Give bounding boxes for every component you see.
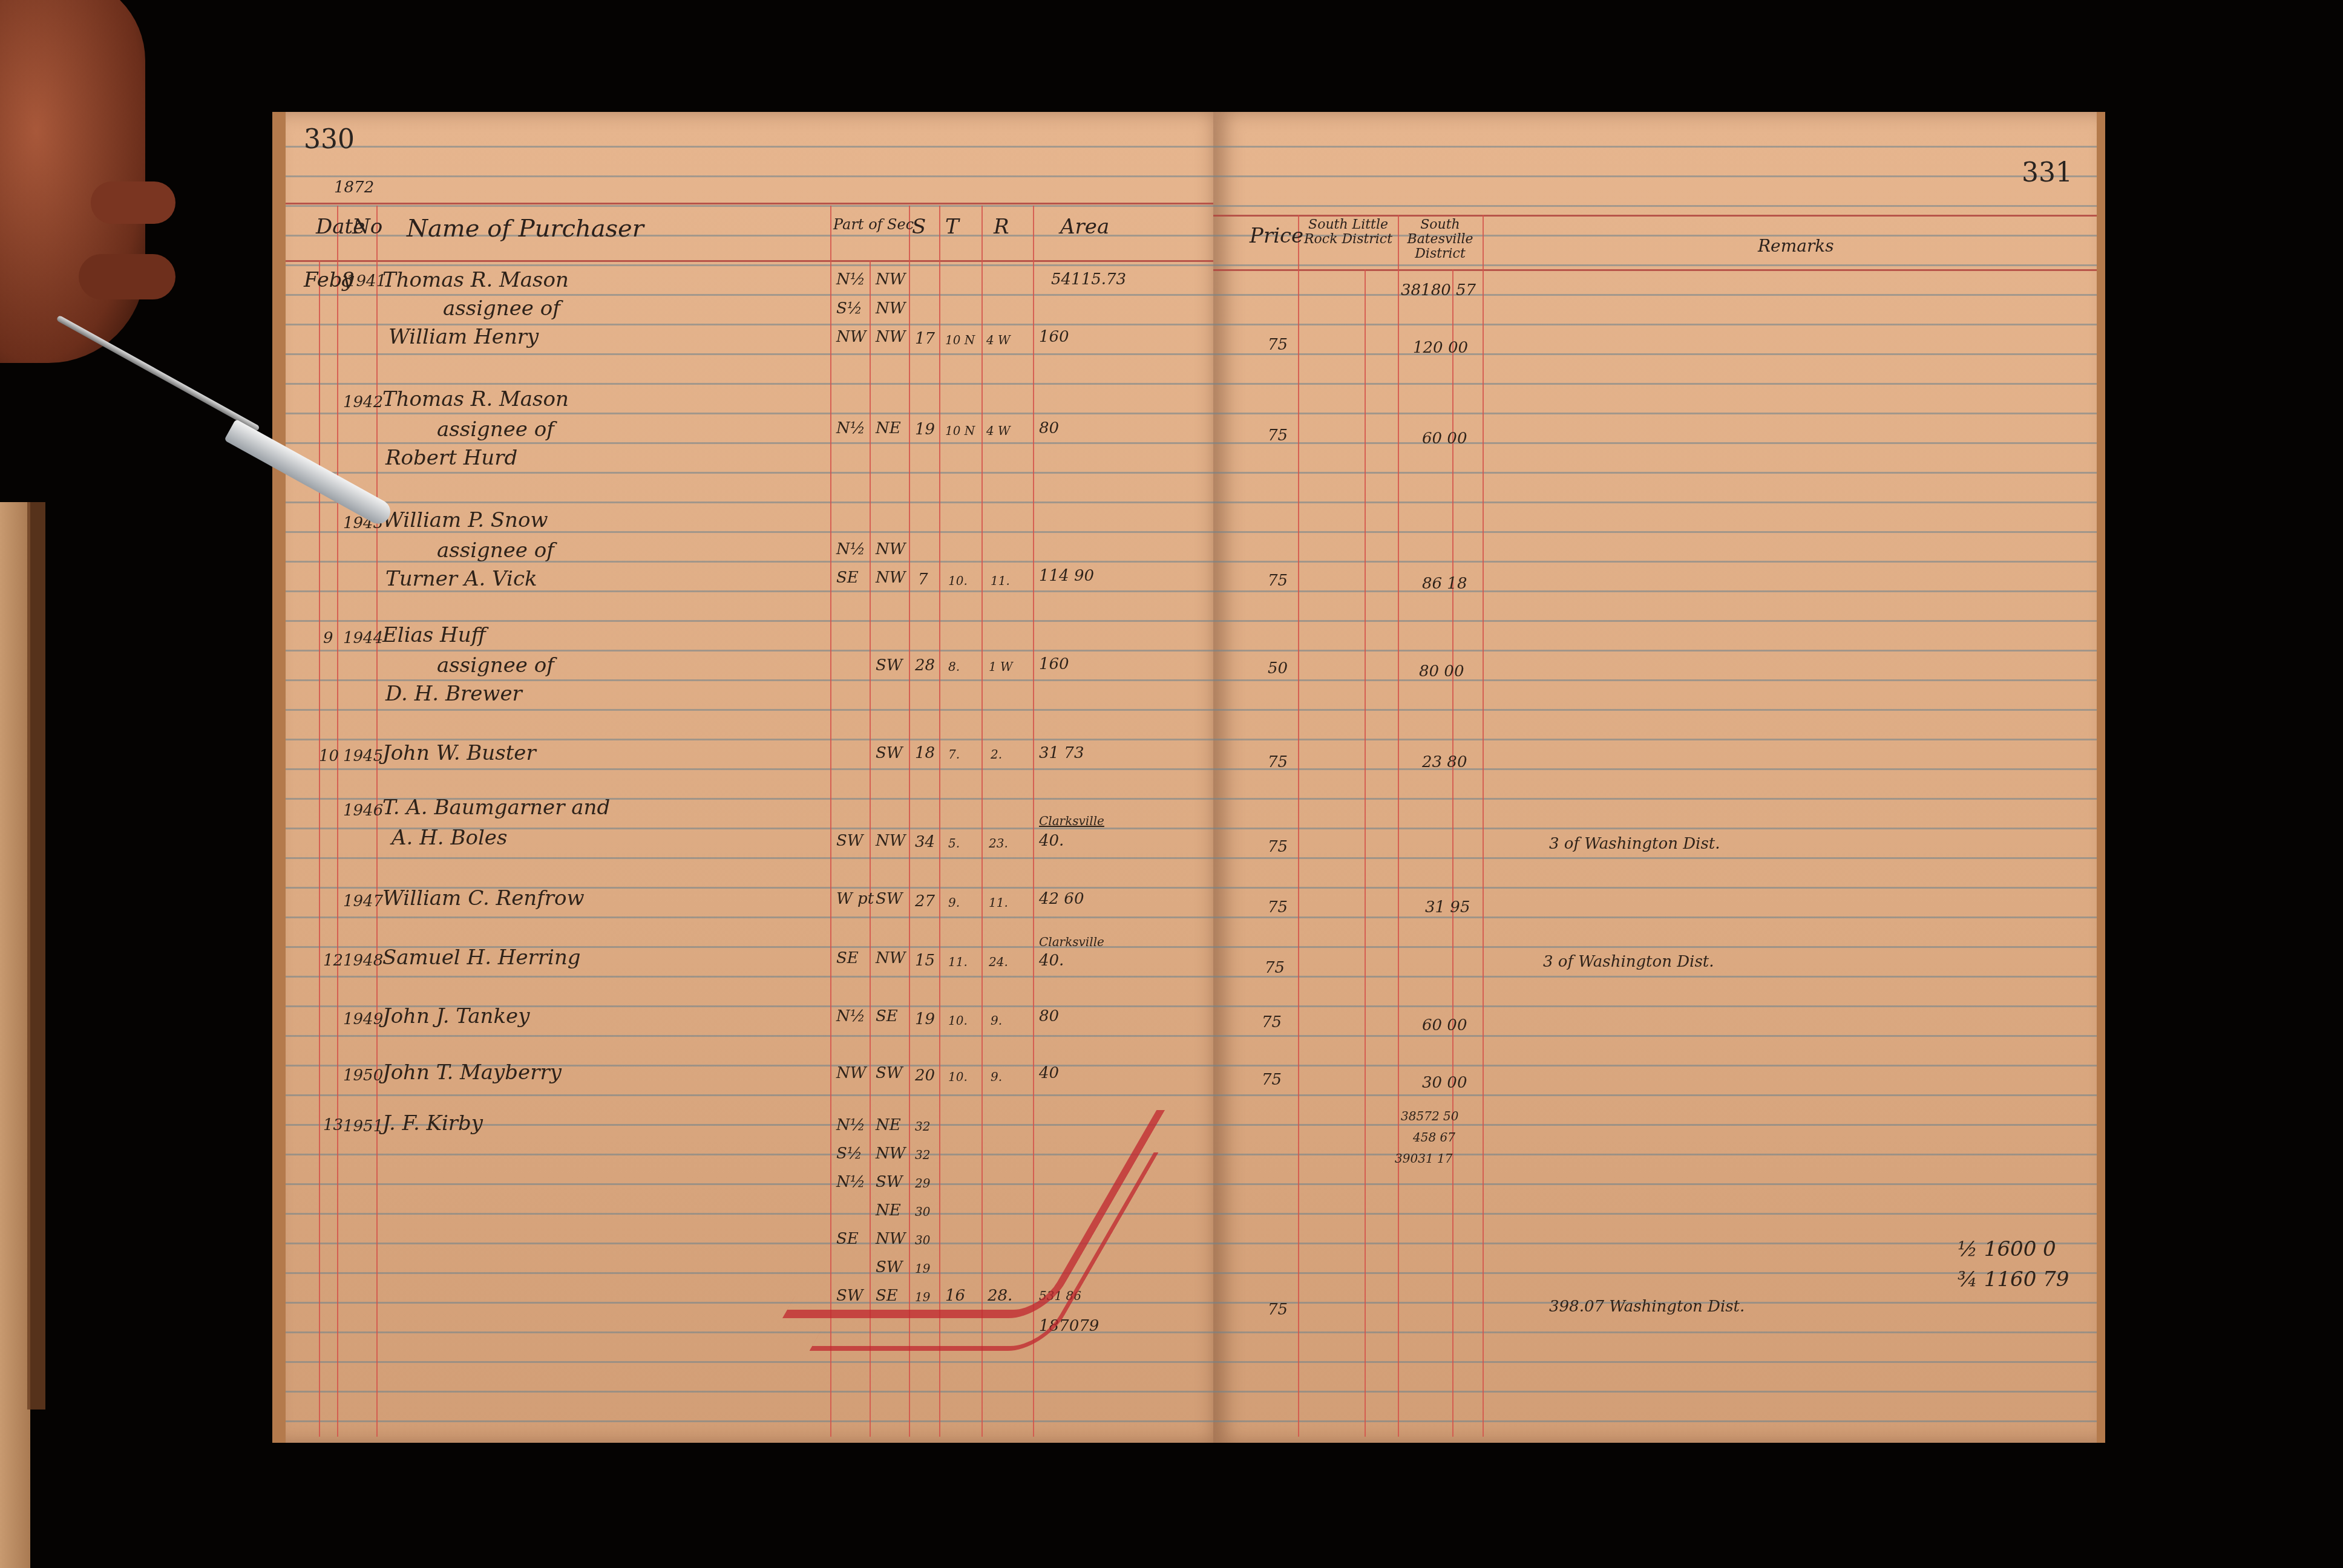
entry-day: 13: [323, 1116, 343, 1134]
batesville-amount: 60 00: [1422, 430, 1467, 448]
left-page: 330 1872 Date No Name of Purchaser Part …: [272, 112, 1227, 1443]
entry-section: 15: [915, 952, 935, 970]
header-price: Price: [1250, 224, 1303, 248]
entry-section: 19: [915, 420, 935, 439]
batesville-amount: 38180 57: [1401, 281, 1476, 299]
entry-part: W pt: [836, 890, 874, 908]
page-number: 331: [2022, 157, 2073, 188]
entry-name-line2: A. H. Boles: [392, 826, 507, 850]
entry-quarter: SW: [876, 744, 903, 762]
entry-no: 1951: [343, 1117, 383, 1135]
entry-range: 24.: [989, 955, 1008, 969]
entry-township: 9.: [948, 895, 960, 910]
col-divider: [337, 206, 338, 1437]
entry-range: 23.: [989, 836, 1008, 851]
entry-range: 2.: [991, 747, 1002, 762]
batesville-amount: 31 95: [1425, 898, 1470, 916]
price: 75: [1268, 1301, 1288, 1319]
entry-no: 1945: [343, 747, 383, 765]
price: 75: [1268, 838, 1288, 856]
batesville-amount: 23 80: [1422, 753, 1467, 771]
entry-quarter: NW: [876, 832, 905, 850]
entry-name: William P. Snow: [382, 508, 548, 532]
entry-no: 1948: [343, 952, 383, 970]
remarks: 3 of Washington Dist.: [1549, 835, 1720, 853]
entry-name: Samuel H. Herring: [382, 946, 581, 970]
entry-quarter: NW: [876, 949, 905, 967]
entry-quarter: SW: [876, 656, 903, 675]
entry-part: S½: [836, 1145, 862, 1163]
entry-quarter: SE: [876, 1007, 898, 1025]
entry-no: 1942: [343, 393, 383, 411]
entry-section: 7: [918, 570, 928, 589]
entry-no: 1950: [343, 1067, 383, 1085]
entry-name-line3: D. H. Brewer: [385, 682, 522, 706]
entry-township: 11.: [948, 955, 968, 969]
entry-township: 10 N: [945, 333, 975, 347]
entry-name-line3: Turner A. Vick: [385, 567, 537, 591]
entry-quarter: NW: [876, 569, 905, 587]
entry-name: John J. Tankey: [382, 1004, 529, 1028]
entry-part: SE: [836, 569, 859, 587]
ledger-book: 330 1872 Date No Name of Purchaser Part …: [272, 112, 2097, 1443]
header-bottom-rule: [286, 260, 1227, 262]
batesville-amount: 86 18: [1422, 575, 1467, 593]
right-page: 331 Price South Little Rock District Sou…: [1213, 112, 2105, 1443]
header-top-rule: [1213, 215, 2097, 217]
entry-area-note: Clarksville: [1039, 935, 1104, 949]
entry-township: 10.: [948, 573, 968, 588]
batesville-amount: 30 00: [1422, 1074, 1467, 1092]
entry-name-line2: assignee of: [437, 417, 554, 442]
finger: [91, 181, 175, 224]
entry-area: 160: [1039, 328, 1069, 346]
header-name: Name of Purchaser: [407, 215, 644, 243]
entry-no: 1944: [343, 629, 383, 647]
entry-area: 80: [1039, 419, 1059, 437]
entry-range: 11.: [991, 573, 1010, 588]
entry-section: 18: [915, 744, 935, 762]
entry-quarter: SW: [876, 1064, 903, 1082]
entry-area-note: 54115.73: [1051, 270, 1126, 289]
header-part-of-sec: Part of Sec: [833, 216, 914, 233]
entry-quarter: NW: [876, 328, 905, 346]
header-bottom-rule: [1213, 269, 2097, 271]
entry-part: SW: [836, 832, 863, 850]
entry-part: NW: [836, 328, 866, 346]
col-divider: [1483, 215, 1484, 1437]
price: 50: [1268, 659, 1288, 678]
year-label: 1872: [334, 178, 374, 197]
col-divider: [319, 260, 320, 1437]
entry-area: 31 73: [1039, 744, 1084, 762]
entry-area: 40.: [1039, 832, 1064, 850]
entry-range: 4 W: [986, 333, 1011, 347]
subtotal: 458 67: [1413, 1130, 1455, 1145]
entry-name: Thomas R. Mason: [382, 268, 569, 292]
entry-part: S½: [836, 299, 862, 318]
entry-township: 10 N: [945, 423, 975, 438]
col-divider: [1365, 269, 1366, 1437]
entry-township: 5.: [948, 836, 960, 851]
entry-quarter: NW: [876, 299, 905, 318]
entry-no: 1941: [346, 272, 386, 290]
entry-range: 11.: [989, 895, 1008, 910]
adjacent-book-edge: [0, 502, 30, 1568]
batesville-amount: 60 00: [1422, 1016, 1467, 1034]
entry-name-line3: Robert Hurd: [385, 446, 517, 470]
header-r: R: [994, 215, 1009, 239]
header-batesville: South Batesville District: [1401, 218, 1480, 261]
entry-part: N½: [836, 270, 865, 289]
remarks: 3 of Washington Dist.: [1543, 953, 1714, 971]
entry-quarter: NE: [876, 419, 901, 437]
entry-area: 114 90: [1039, 567, 1094, 585]
entry-day: 10: [319, 747, 339, 765]
entry-area: 42 60: [1039, 890, 1084, 908]
entry-section: 19: [915, 1010, 935, 1028]
subtotal: 38572 50: [1401, 1109, 1458, 1123]
entry-name: William C. Renfrow: [382, 886, 585, 910]
col-divider: [376, 206, 378, 1437]
entry-no: 1947: [343, 892, 383, 910]
margin-note: ½ 1600 0: [1958, 1237, 2056, 1261]
col-divider: [1398, 215, 1399, 1437]
entry-name-line2: assignee of: [437, 653, 554, 678]
finger: [79, 254, 175, 299]
entry-quarter: NW: [876, 270, 905, 289]
entry-range: 9.: [991, 1013, 1002, 1028]
entry-township: 7.: [948, 747, 960, 762]
price: 75: [1265, 959, 1285, 977]
price: 75: [1262, 1071, 1282, 1089]
entry-part: NW: [836, 1064, 866, 1082]
entry-day: 9: [323, 629, 333, 647]
entry-section: 27: [915, 892, 935, 910]
header-little-rock: South Little Rock District: [1303, 218, 1394, 247]
price: 75: [1268, 898, 1288, 916]
entry-area: 40.: [1039, 952, 1064, 970]
entry-range: 4 W: [986, 423, 1011, 438]
header-t: T: [945, 215, 959, 239]
remarks: 398.07 Washington Dist.: [1549, 1298, 1745, 1316]
entry-name: J. F. Kirby: [382, 1111, 483, 1135]
entry-part: N½: [836, 540, 865, 558]
entry-name-line2: assignee of: [437, 538, 554, 563]
entry-no: 1949: [343, 1010, 383, 1028]
header-no: No: [352, 215, 382, 239]
entry-section: 17: [915, 330, 935, 348]
entry-quarter: SW: [876, 890, 903, 908]
price: 75: [1262, 1013, 1282, 1031]
entry-township: 10.: [948, 1070, 968, 1084]
header-remarks: Remarks: [1758, 236, 1834, 256]
entry-township: 8.: [948, 659, 960, 674]
header-s: S: [912, 215, 926, 239]
entry-name-line2: assignee of: [443, 296, 560, 321]
entry-name: John W. Buster: [382, 741, 536, 765]
entry-range: 9.: [991, 1070, 1002, 1084]
entry-section: 20: [915, 1067, 935, 1085]
price: 75: [1268, 572, 1288, 590]
entry-part: SE: [836, 949, 859, 967]
spatula-handle: [56, 315, 260, 432]
entry-part: N½: [836, 419, 865, 437]
entry-area: 40: [1039, 1064, 1059, 1082]
entry-area-note: Clarksville: [1039, 814, 1104, 828]
entry-part: N½: [836, 1116, 865, 1134]
entry-name-line3: William Henry: [388, 325, 539, 349]
entry-name: T. A. Baumgarner and: [382, 795, 610, 820]
entry-range: 1 W: [989, 659, 1013, 674]
batesville-amount: 120 00: [1413, 339, 1468, 357]
entry-quarter: NW: [876, 540, 905, 558]
entry-part: N½: [836, 1007, 865, 1025]
price: 75: [1268, 336, 1288, 354]
entry-no: 1946: [343, 802, 383, 820]
entry-section: 34: [915, 833, 935, 851]
page-number: 330: [304, 124, 355, 155]
entry-name: John T. Mayberry: [382, 1060, 562, 1085]
entry-area: 80: [1039, 1007, 1059, 1025]
header-top-rule: [286, 203, 1227, 204]
entry-name: Thomas R. Mason: [382, 387, 569, 411]
header-area: Area: [1060, 215, 1109, 239]
subtotal-total: 39031 17: [1395, 1151, 1452, 1166]
margin-note: ¾ 1160 79: [1958, 1267, 2069, 1292]
batesville-amount: 80 00: [1419, 662, 1464, 681]
adjacent-book-binding: [27, 502, 45, 1410]
price: 75: [1268, 753, 1288, 771]
price: 75: [1268, 426, 1288, 445]
entry-day: 12: [323, 952, 343, 970]
entry-section: 28: [915, 656, 935, 675]
entry-name: Elias Huff: [382, 623, 486, 647]
entry-area: 160: [1039, 655, 1069, 673]
col-divider: [1298, 215, 1299, 1437]
entry-township: 10.: [948, 1013, 968, 1028]
